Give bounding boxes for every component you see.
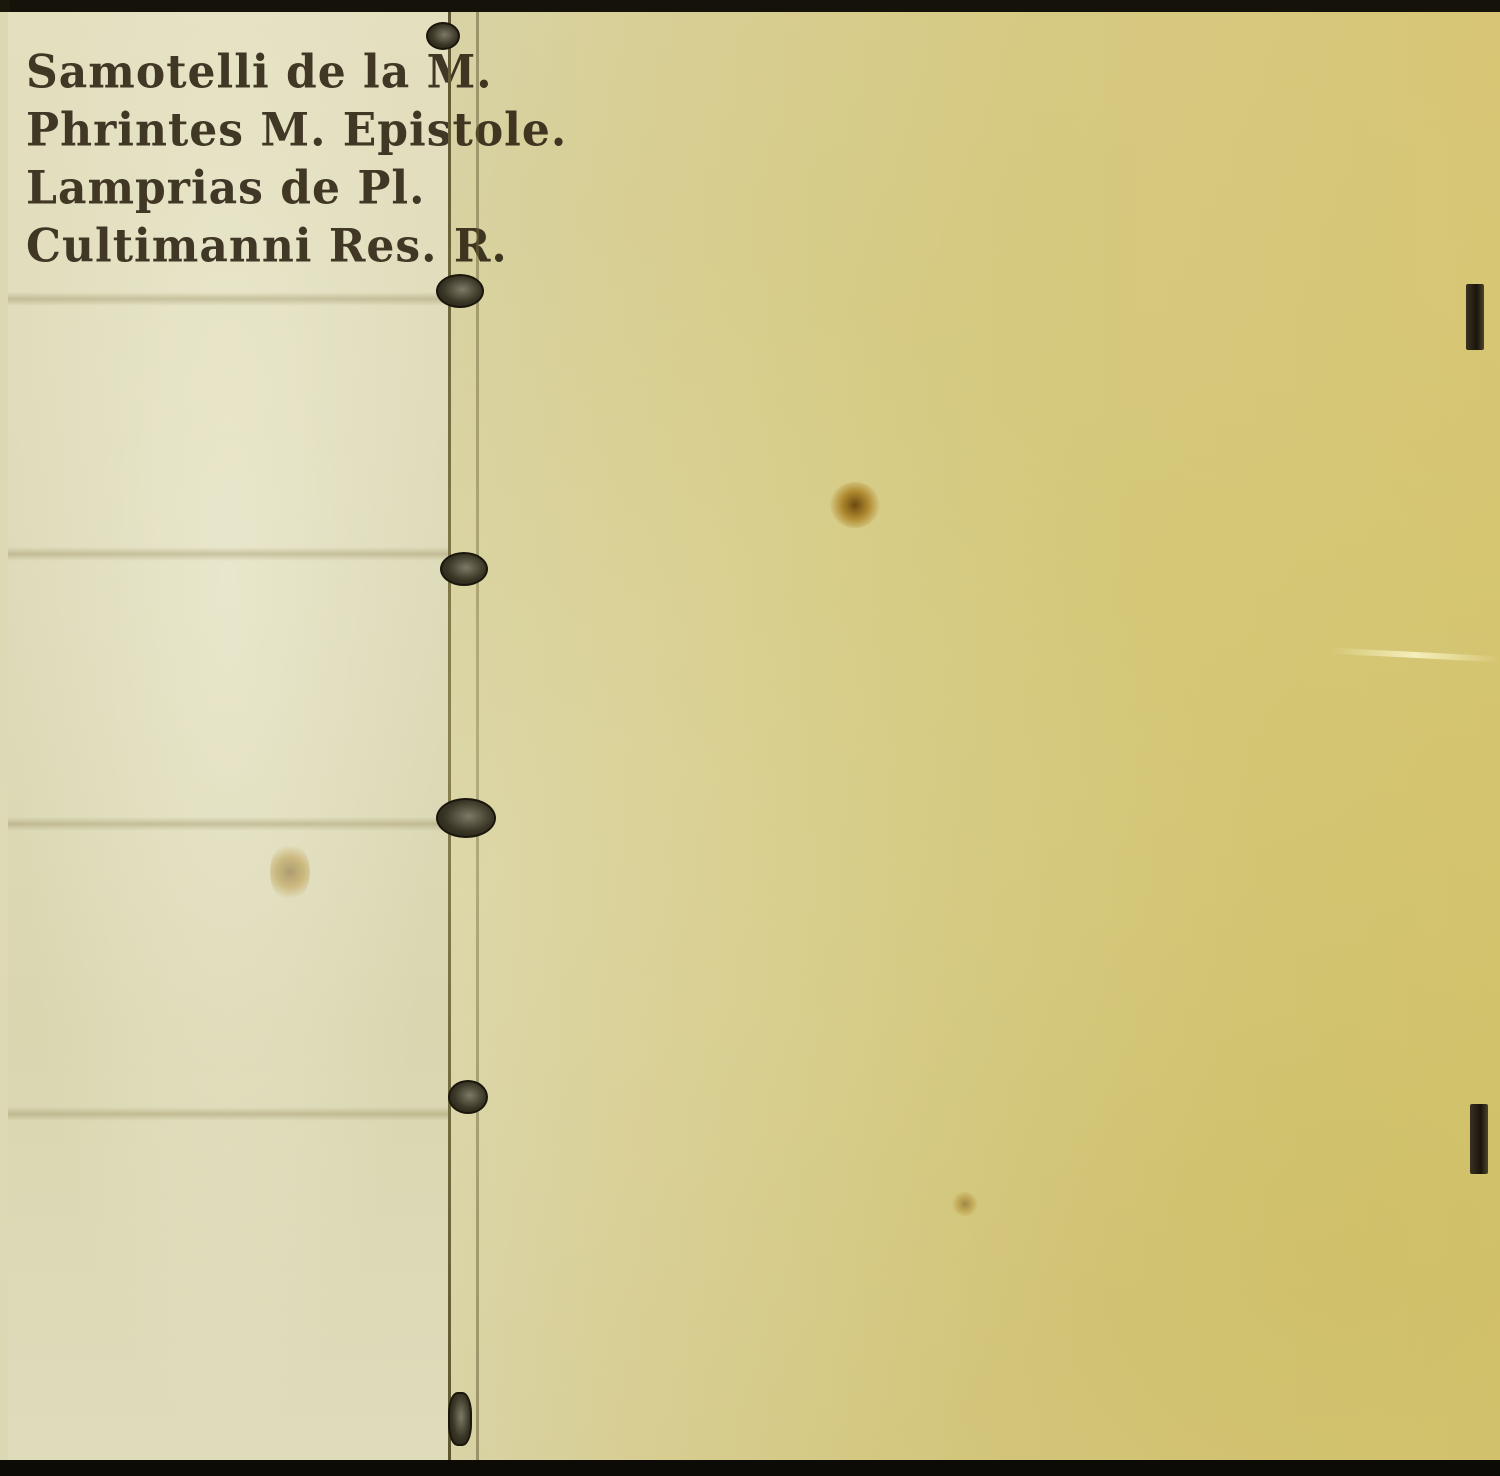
- spine-title-line: Samotelli de la M.: [26, 43, 438, 104]
- spine-title-line: Phrintes M. Epistole.: [26, 101, 438, 162]
- cover-joint-groove: [476, 12, 479, 1462]
- spine-band: [8, 817, 448, 831]
- spine-title-line: Lamprias de Pl.: [26, 159, 438, 220]
- vellum-crease: [1330, 648, 1500, 663]
- spine-band: [8, 547, 448, 561]
- spine-hinge-groove: [448, 12, 451, 1462]
- spine-band: [8, 1107, 448, 1121]
- clasp-slot-icon: [1470, 1104, 1488, 1174]
- spine-band: [8, 292, 448, 306]
- stitch-tie-icon: [448, 1080, 488, 1114]
- stitch-tie-icon: [436, 798, 496, 838]
- spine-title-label: Samotelli de la M. Phrintes M. Epistole.…: [18, 22, 438, 290]
- bottom-shadow-edge: [0, 1460, 1500, 1476]
- stitch-tie-icon: [440, 552, 488, 586]
- vellum-stain: [952, 1192, 978, 1216]
- stitch-tie-icon: [436, 274, 484, 308]
- vellum-stain: [270, 842, 310, 902]
- book-spine: Samotelli de la M. Phrintes M. Epistole.…: [8, 12, 451, 1462]
- stitch-tie-icon: [448, 1392, 472, 1446]
- book-binding: Samotelli de la M. Phrintes M. Epistole.…: [0, 12, 1500, 1462]
- stitch-tie-icon: [426, 22, 460, 50]
- clasp-slot-icon: [1466, 284, 1484, 350]
- spine-title-line: Cultimanni Res. R.: [26, 217, 438, 278]
- vellum-stain: [830, 482, 880, 528]
